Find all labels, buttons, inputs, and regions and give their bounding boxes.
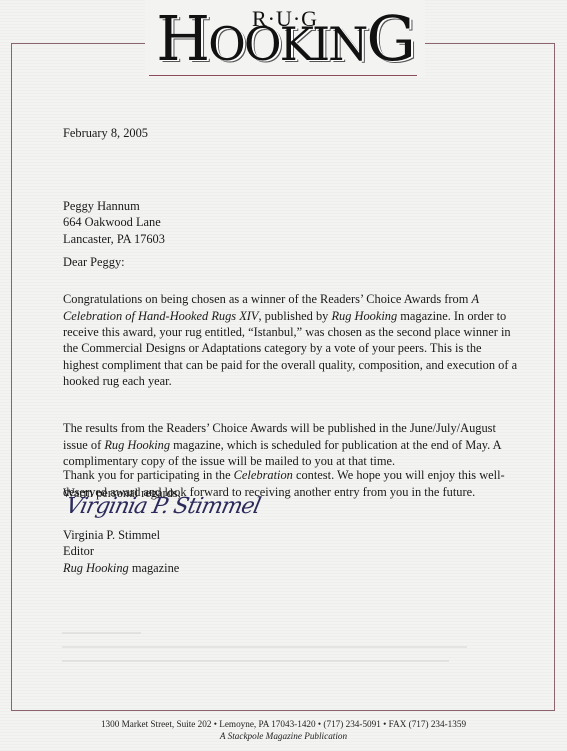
handwritten-signature: Virginia P. Stimmel — [63, 494, 262, 519]
recipient-address: Peggy Hannum 664 Oakwood Lane Lancaster,… — [63, 198, 165, 247]
footer-address: 1300 Market Street, Suite 202 • Lemoyne,… — [0, 718, 567, 730]
masthead-title: HOOKING — [145, 7, 425, 76]
recipient-city: Lancaster, PA 17603 — [63, 231, 165, 247]
signer-publication: Rug Hooking magazine — [63, 560, 179, 576]
show-through-text — [62, 632, 502, 672]
masthead-logo: R·U·G HOOKING — [145, 0, 425, 76]
body-paragraph-1: Congratulations on being chosen as a win… — [63, 291, 518, 389]
signer-title: Editor — [63, 543, 179, 559]
footer-tagline: A Stackpole Magazine Publication — [0, 730, 567, 742]
signer-name: Virginia P. Stimmel — [63, 527, 179, 543]
body-paragraph-2: The results from the Readers’ Choice Awa… — [63, 420, 518, 469]
recipient-name: Peggy Hannum — [63, 198, 165, 214]
signature-block: Virginia P. Stimmel Editor Rug Hooking m… — [63, 527, 179, 576]
letterhead-footer: 1300 Market Street, Suite 202 • Lemoyne,… — [0, 718, 567, 742]
salutation: Dear Peggy: — [63, 255, 125, 270]
recipient-street: 664 Oakwood Lane — [63, 214, 165, 230]
letter-date: February 8, 2005 — [63, 126, 148, 141]
masthead-rule — [149, 75, 417, 76]
